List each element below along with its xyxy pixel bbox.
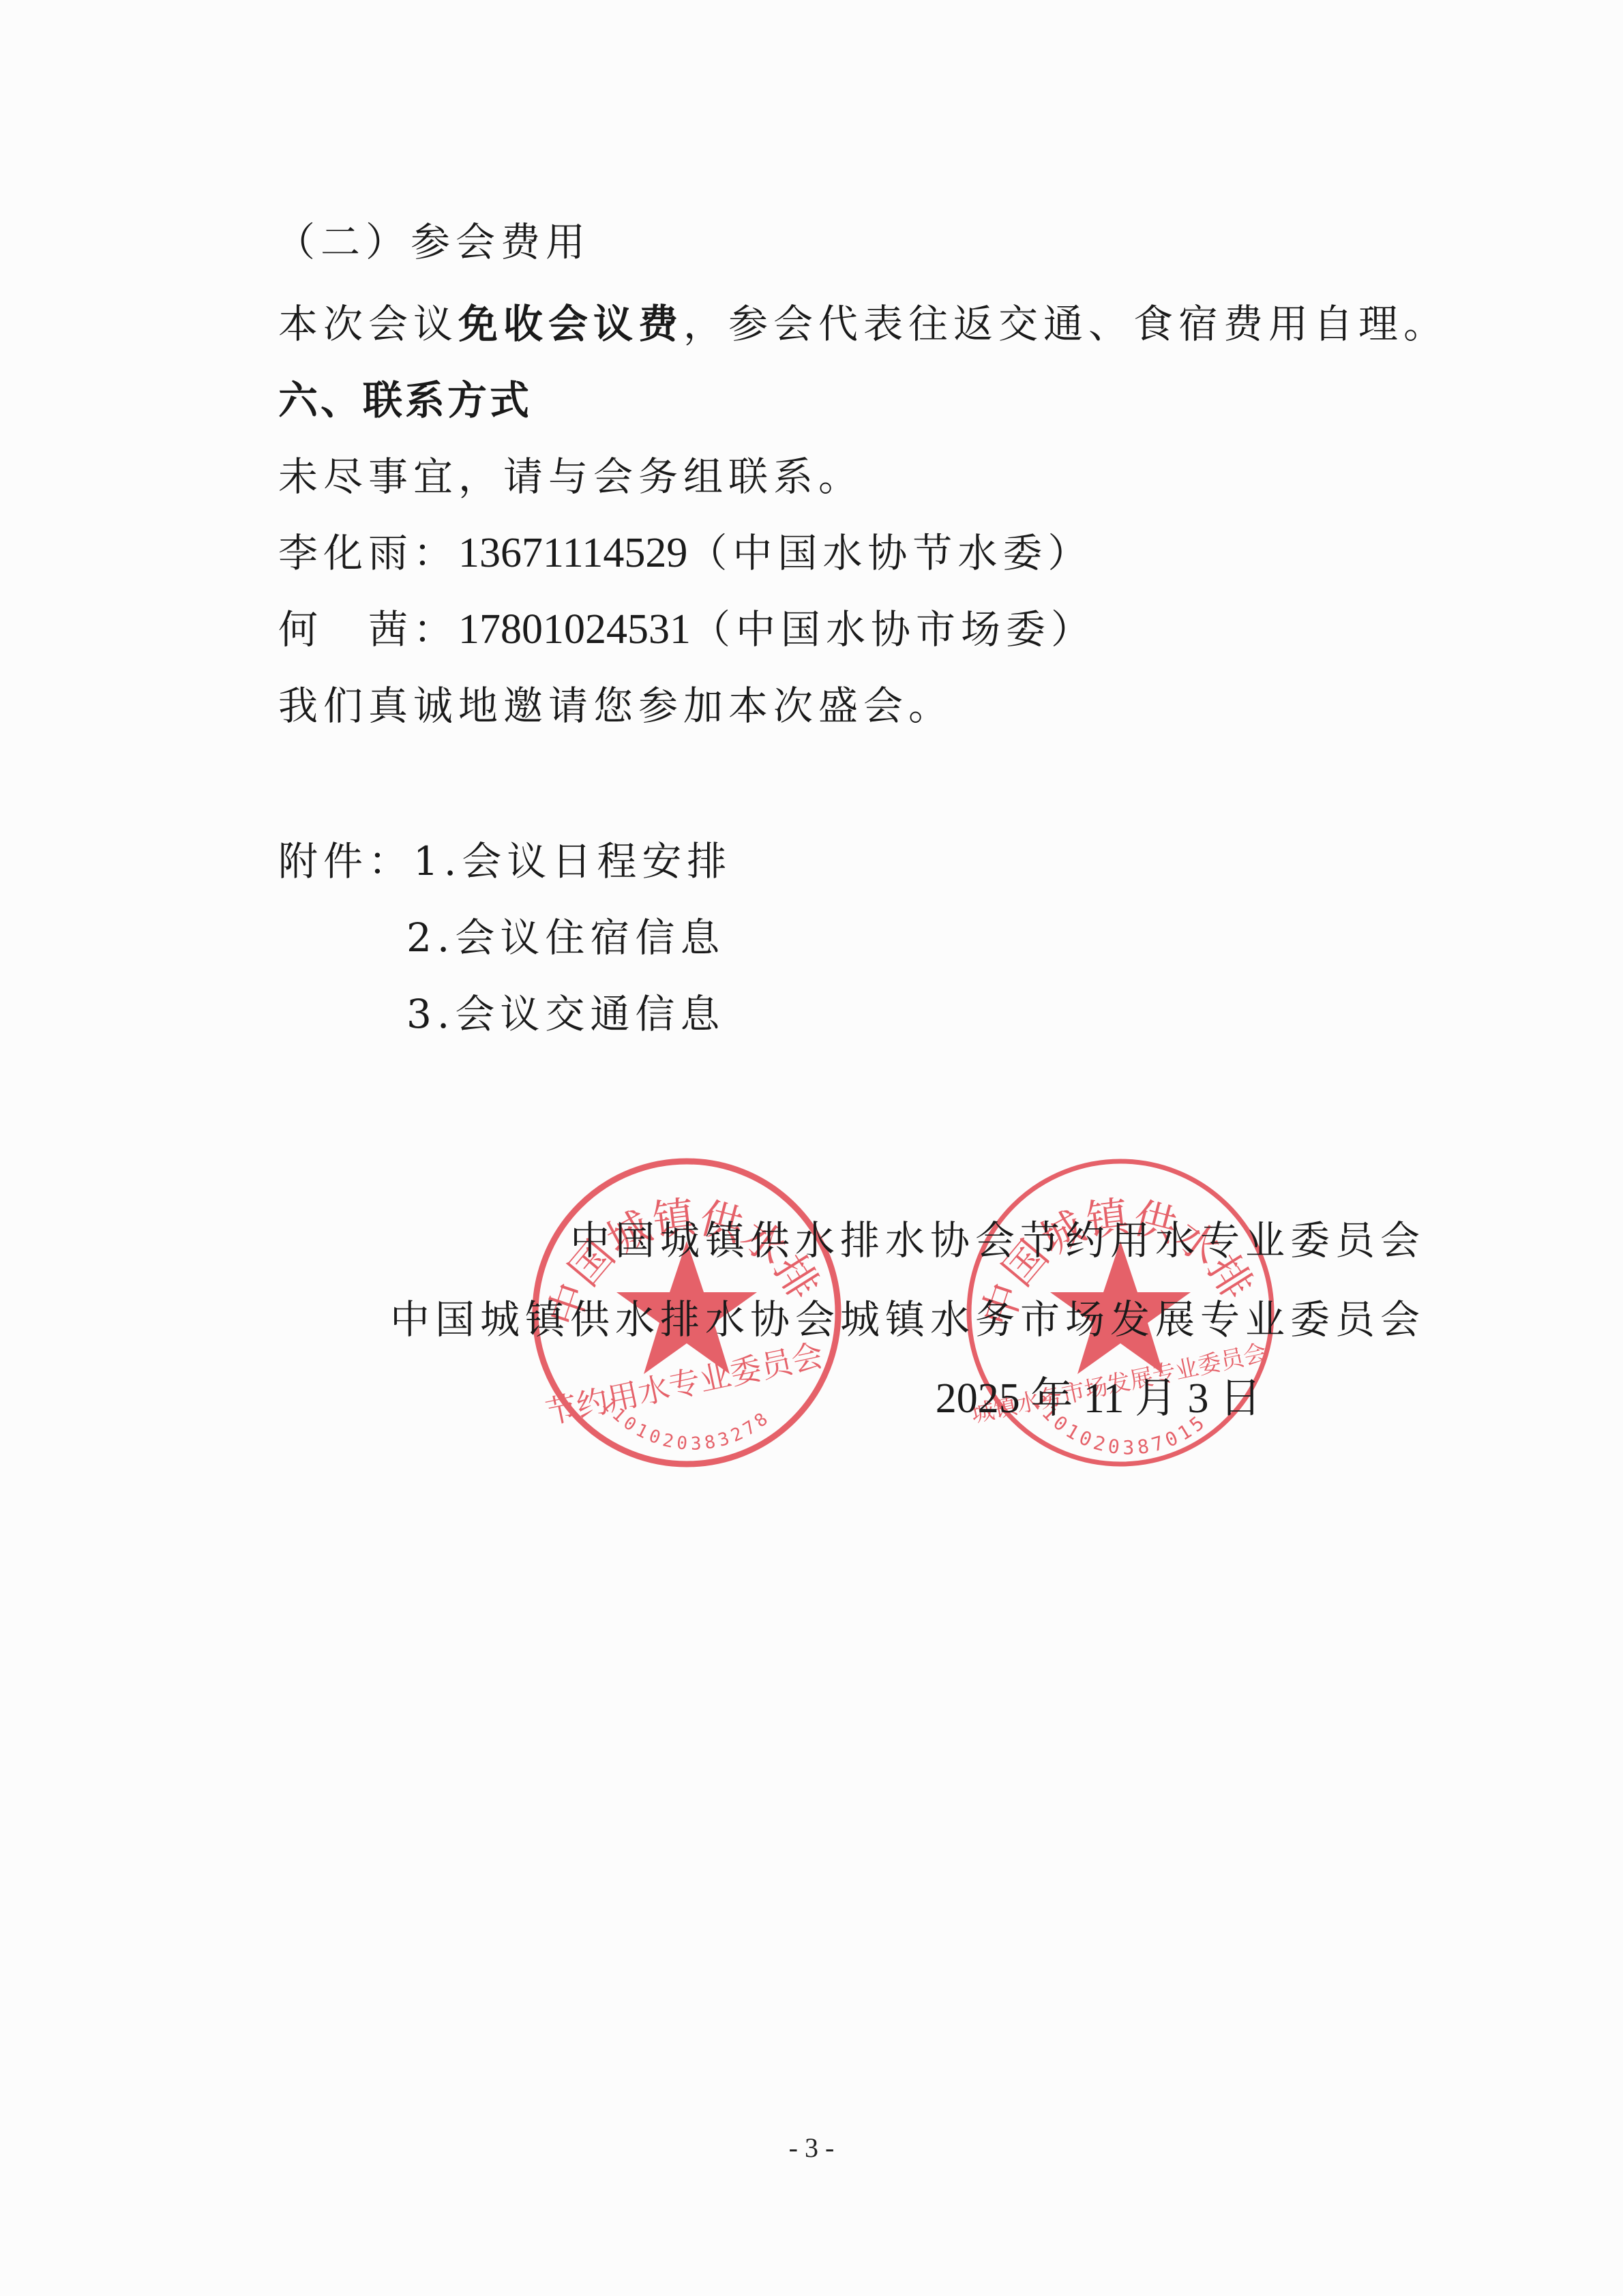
signature-org-2: 中国城镇供水排水协会城镇水务市场发展专业委员会 (390, 1296, 1425, 1343)
contact-org: （中国水协节水委） (687, 530, 1092, 576)
signature-date: 2025 年 11 月 3 日 (936, 1375, 1262, 1422)
attachments-label: 附件： (278, 838, 413, 884)
attachment-item: 2.会议住宿信息 (406, 914, 725, 961)
fee-text-prefix: 本次会议 (278, 301, 458, 347)
contact-intro: 未尽事宜，请与会务组联系。 (278, 453, 863, 501)
document-page: （二）参会费用 本次会议免收会议费，参会代表往返交通、食宿费用自理。 六、联系方… (0, 0, 1623, 2296)
fee-paragraph: 本次会议免收会议费，参会代表往返交通、食宿费用自理。 (278, 300, 1448, 348)
contact-phone: 13671114529 (458, 530, 687, 576)
attachments-row-1: 附件：1.会议日程安排 (278, 837, 732, 885)
section-heading-fees: （二）参会费用 (276, 218, 591, 266)
attachment-item: 3.会议交通信息 (406, 990, 725, 1038)
contact-org: （中国水协市场委） (691, 606, 1096, 653)
signature-org-1: 中国城镇供水排水协会节约用水专业委员会 (570, 1217, 1425, 1264)
date-text: 2025 年 11 月 3 日 (936, 1375, 1262, 1422)
fee-waived-text: 免收会议费 (458, 301, 683, 347)
page-number: - 3 - (0, 2132, 1623, 2164)
contact-name: 李化雨： (278, 530, 458, 576)
contact-phone: 17801024531 (458, 606, 691, 653)
closing-invitation: 我们真诚地邀请您参加本次盛会。 (278, 682, 953, 730)
seal-bottom-text: 节约用水专业委员会 (543, 1337, 827, 1431)
contact-name: 何 茜： (278, 606, 458, 653)
attachment-item: 1.会议日程安排 (413, 838, 732, 884)
contact-row-2: 何 茜：17801024531（中国水协市场委） (278, 606, 1096, 653)
section-heading-contact: 六、联系方式 (278, 376, 532, 424)
contact-row-1: 李化雨：13671114529（中国水协节水委） (278, 529, 1092, 577)
fee-text-suffix: ，参会代表往返交通、食宿费用自理。 (683, 301, 1448, 347)
